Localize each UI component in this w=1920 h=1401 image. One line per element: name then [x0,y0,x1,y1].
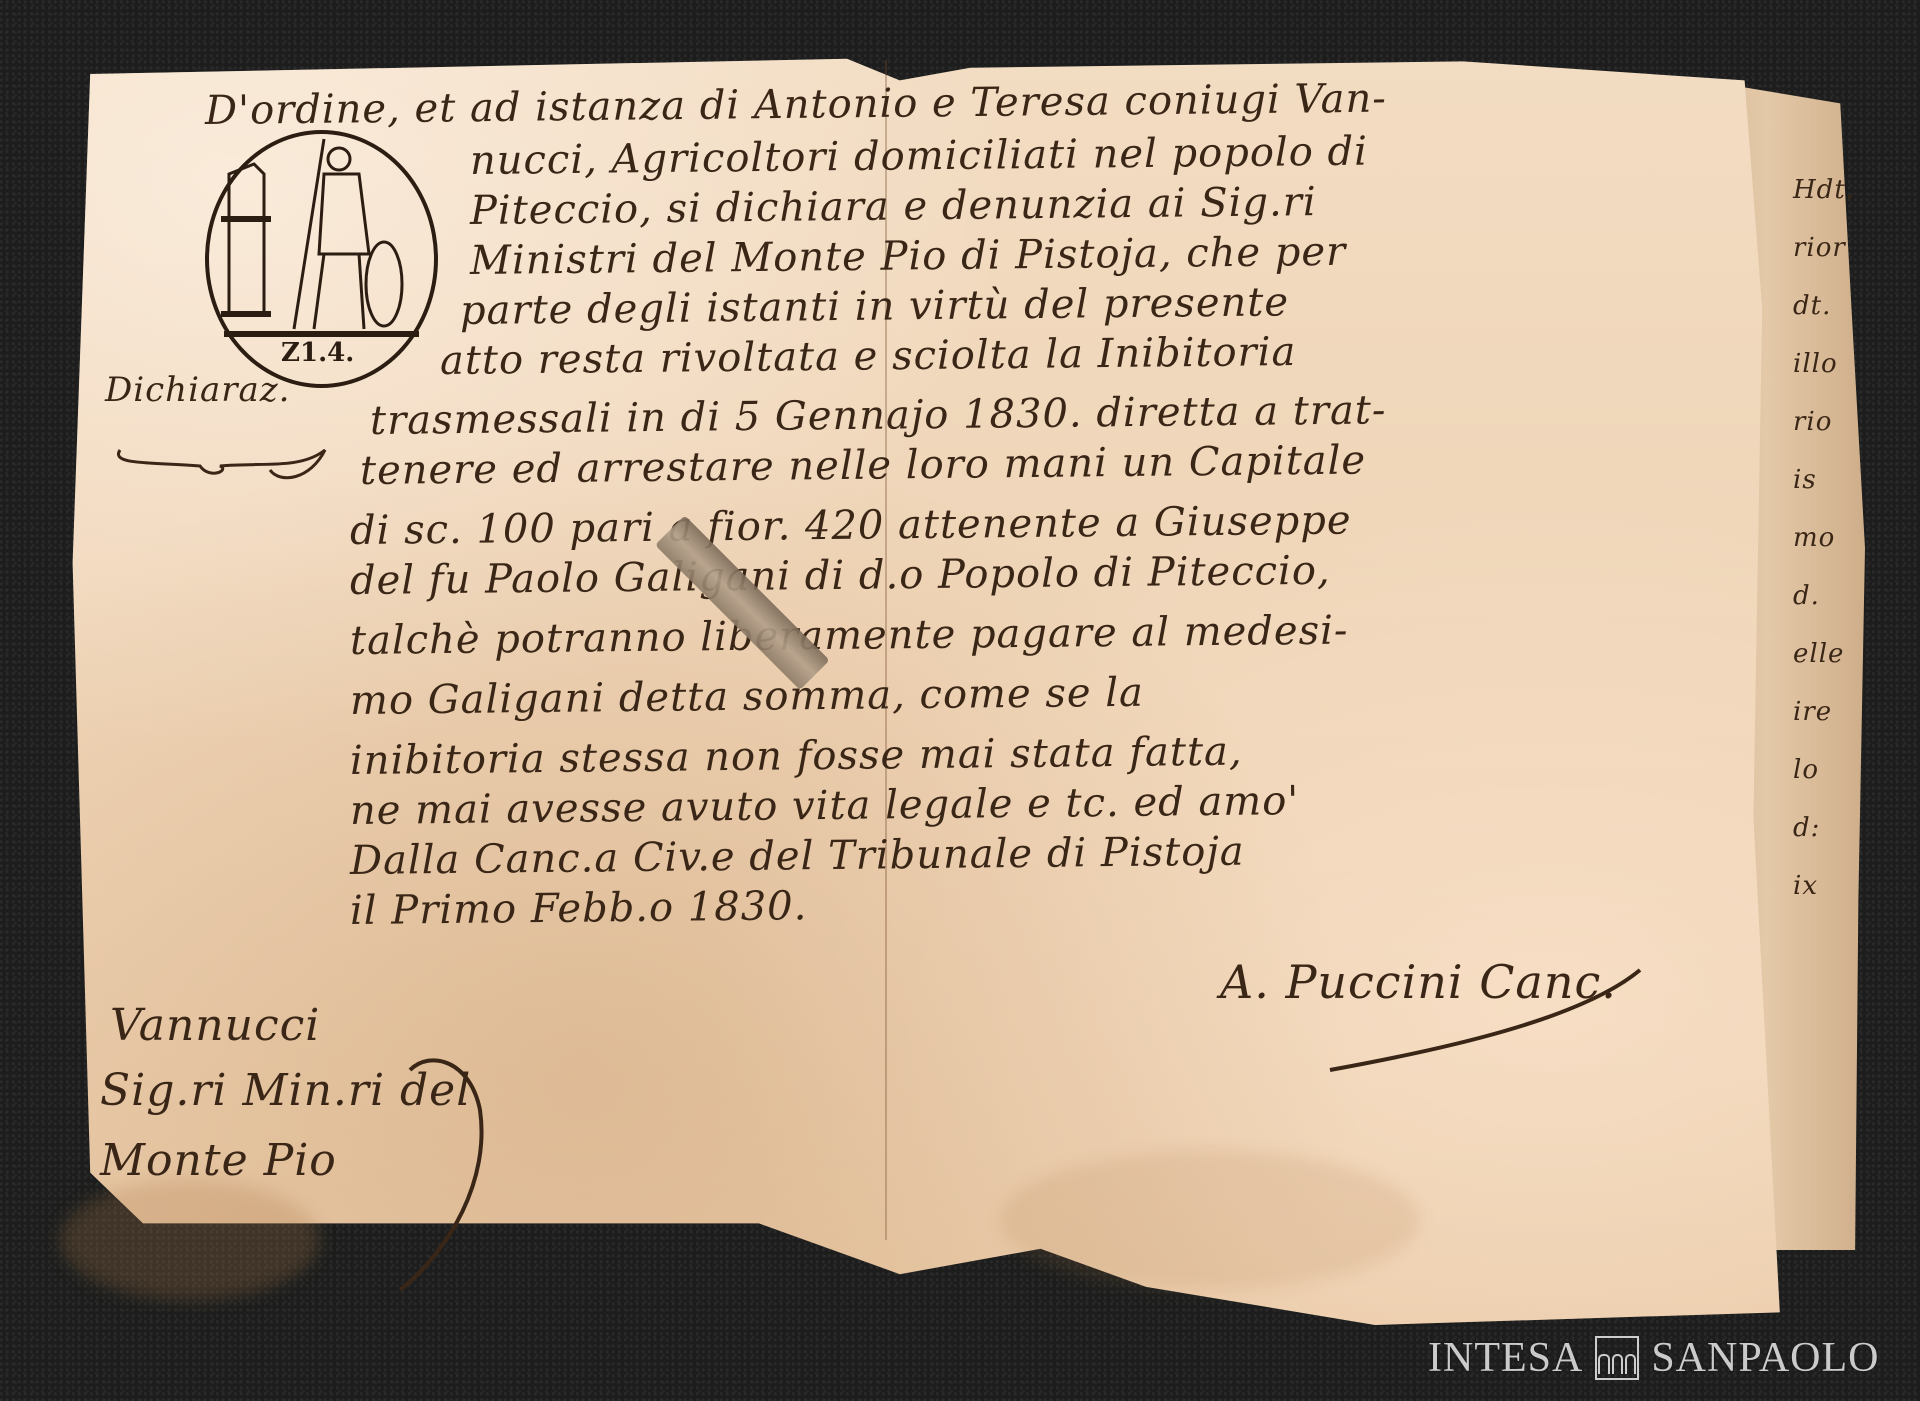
intesa-sanpaolo-watermark: INTESA SANPAOLO [1428,1334,1880,1382]
side-fragment: elle [1793,639,1863,697]
body-line: Piteccio, si dichiara e denunzia ai Sig.… [470,179,1317,234]
bracket-flourish-icon [390,1050,510,1300]
side-fragment: illo [1793,349,1863,407]
body-line: atto resta rivoltata e sciolta la Inibit… [440,329,1297,384]
flourish-icon [110,440,330,490]
margin-heading: Dichiaraz. [105,370,290,410]
recipient-line: Monte Pio [100,1135,337,1186]
body-line: parte degli istanti in virtù del present… [460,279,1289,334]
body-line: nucci, Agricoltori domiciliati nel popol… [470,129,1368,184]
water-stain [1000,1150,1420,1290]
closing-date-line: il Primo Febb.o 1830. [350,883,808,934]
side-fragment: mo [1793,523,1863,581]
signature-flourish-icon [1320,960,1700,1080]
side-fragment: Hdt. [1793,175,1863,233]
watermark-left: INTESA [1428,1334,1583,1382]
side-page-notes: Hdt. rior dt. illo rio is mo d. elle ire… [1793,175,1863,929]
side-fragment: dt. [1793,291,1863,349]
stamp-number: Z1.4. [281,338,354,368]
side-fragment: rio [1793,407,1863,465]
tax-stamp: Z1.4. [205,130,438,388]
closing-place-line: Dalla Canc.a Civ.e del Tribunale di Pist… [350,829,1245,884]
body-line: inibitoria stessa non fosse mai stata fa… [350,729,1243,784]
body-line: Ministri del Monte Pio di Pistoja, che p… [470,229,1347,284]
side-fragment: ire [1793,697,1863,755]
side-fragment: ix [1793,871,1863,929]
side-fragment: d: [1793,813,1863,871]
body-line: mo Galigani detta somma, come se la [350,670,1144,724]
bank-arches-logo-icon [1595,1336,1639,1380]
side-fragment: d. [1793,581,1863,639]
side-fragment: lo [1793,755,1863,813]
recipient-line: Vannucci [110,1000,320,1051]
side-fragment: is [1793,465,1863,523]
side-fragment: rior [1793,233,1863,291]
watermark-right: SANPAOLO [1651,1334,1879,1382]
water-stain [60,1180,320,1300]
